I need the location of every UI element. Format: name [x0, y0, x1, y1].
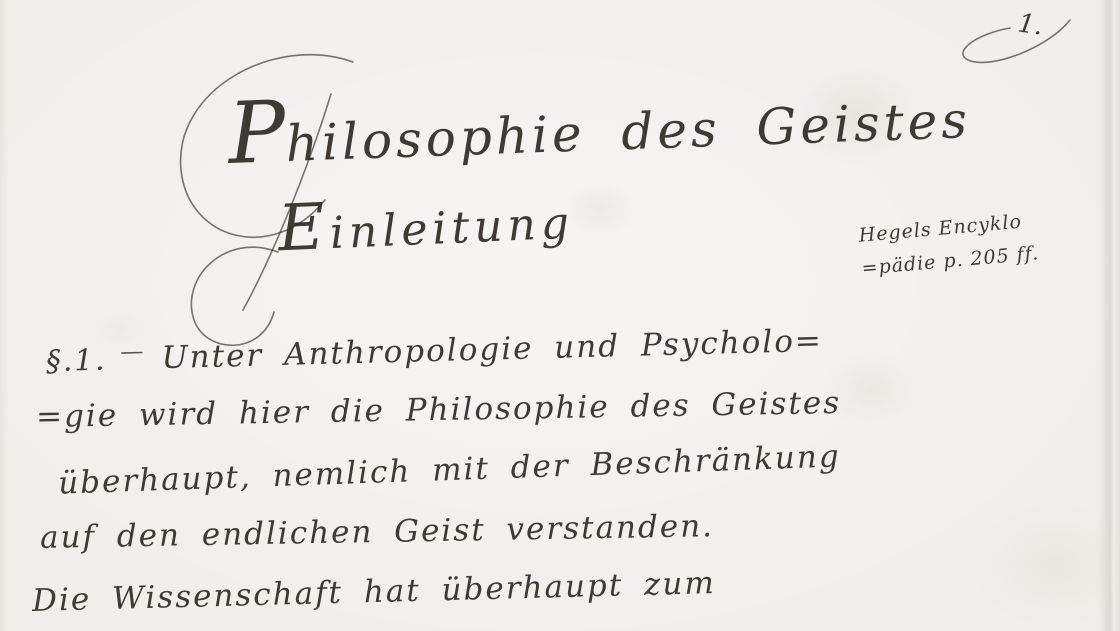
- page-edge: [1098, 0, 1120, 631]
- body-line: =gie wird hier die Philosophie des Geist…: [36, 385, 842, 435]
- body-line: §.1.—Unter Anthropologie und Psycholo=: [46, 320, 824, 379]
- body-line: Die Wissenschaft hat überhaupt zum: [32, 565, 717, 619]
- body-line: auf den endlichen Geist verstanden.: [40, 508, 715, 556]
- section-marker: §.1.: [46, 343, 107, 379]
- manuscript-title: Philosophie des Geistes: [226, 59, 972, 184]
- body-line: überhaupt, nemlich mit der Beschränkung: [58, 438, 842, 501]
- manuscript-subtitle: Einleitung: [277, 180, 576, 267]
- body-line-text: Unter Anthropologie und Psycholo=: [161, 323, 823, 376]
- page-number: 1.: [1016, 8, 1045, 41]
- paragraph-dash: —: [120, 338, 146, 366]
- manuscript-page: 1. Philosophie des Geistes Einleitung He…: [0, 0, 1120, 631]
- margin-note: Hegels Encyklo =pädie p. 205 ff.: [857, 204, 1040, 286]
